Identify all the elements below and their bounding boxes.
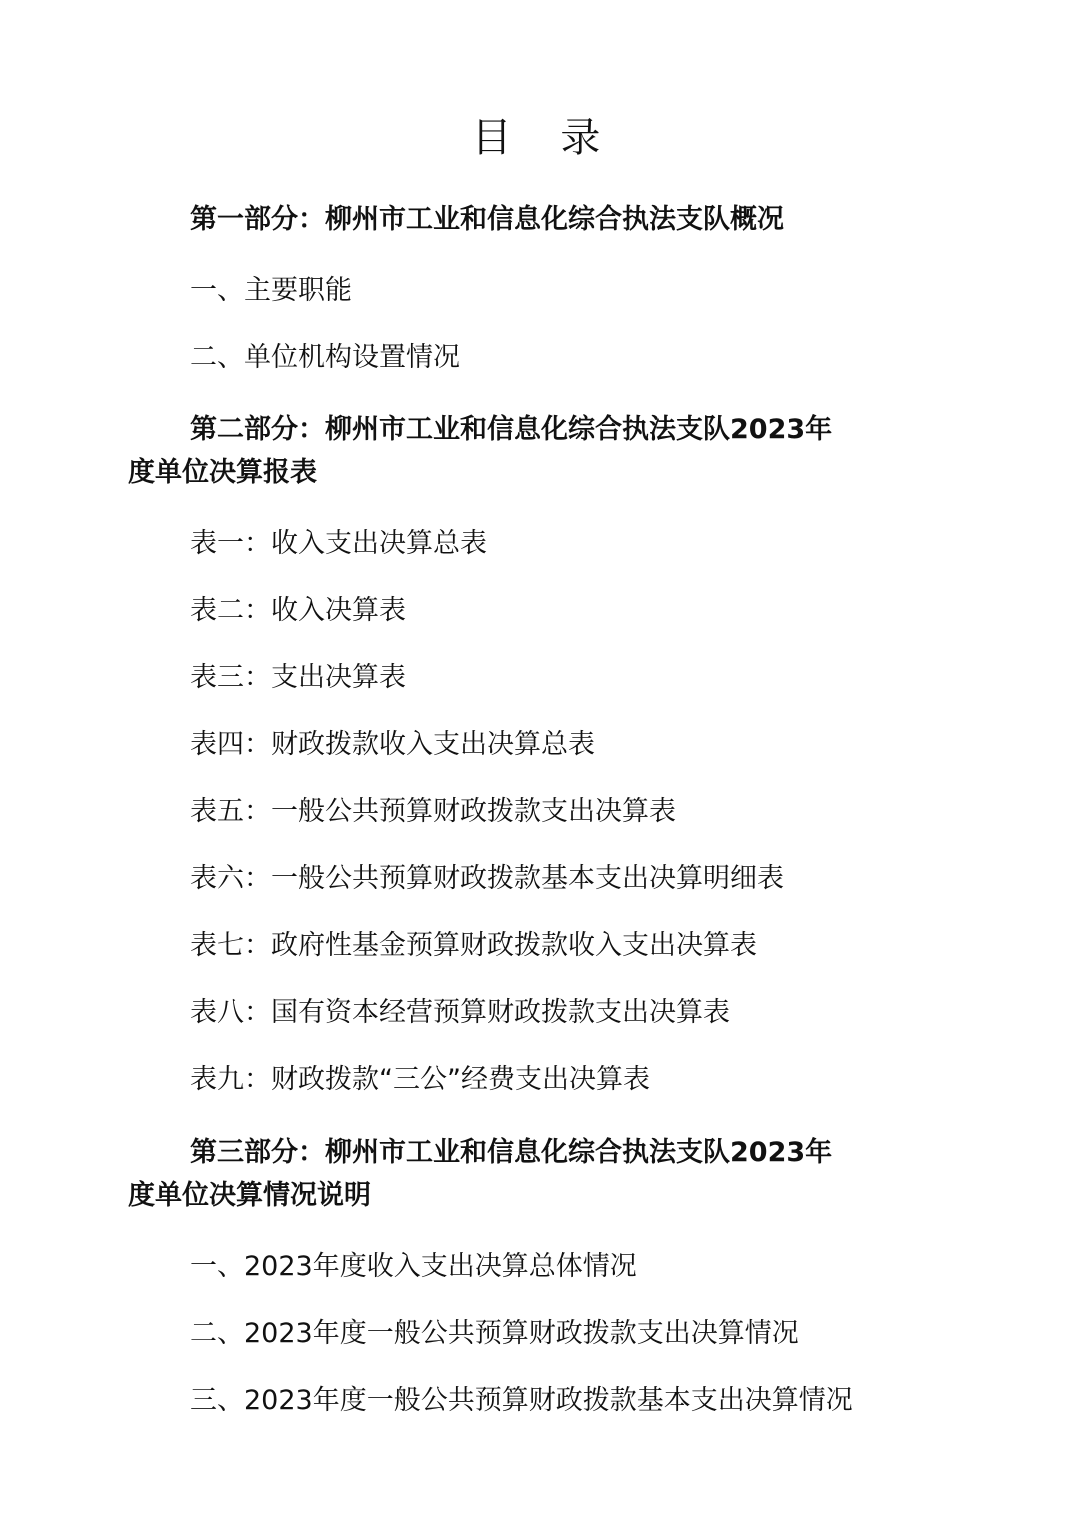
toc-item: 一、2023年度收入支出决算总体情况 [190,1250,637,1284]
part3-heading: 第三部分：柳州市工业和信息化综合执法支队2023年 [190,1136,832,1170]
toc-item: 一、主要职能 [190,274,352,308]
part2-heading: 第二部分：柳州市工业和信息化综合执法支队2023年 [190,413,832,447]
part3-heading-cont: 度单位决算情况说明 [128,1179,371,1213]
toc-item: 表六：一般公共预算财政拨款基本支出决算明细表 [190,862,784,896]
toc-item: 表三：支出决算表 [190,661,406,695]
toc-item: 二、2023年度一般公共预算财政拨款支出决算情况 [190,1317,799,1351]
part2-heading-cont: 度单位决算报表 [128,456,317,490]
page-title: 目 录 [0,106,1074,163]
toc-item: 表五：一般公共预算财政拨款支出决算表 [190,795,676,829]
toc-item: 表四：财政拨款收入支出决算总表 [190,728,595,762]
toc-item: 表一：收入支出决算总表 [190,527,487,561]
toc-item: 表七：政府性基金预算财政拨款收入支出决算表 [190,929,757,963]
toc-item: 表八：国有资本经营预算财政拨款支出决算表 [190,996,730,1030]
toc-item: 二、单位机构设置情况 [190,341,460,375]
part1-heading: 第一部分：柳州市工业和信息化综合执法支队概况 [190,203,784,237]
toc-item: 表二：收入决算表 [190,594,406,628]
toc-item: 三、2023年度一般公共预算财政拨款基本支出决算情况 [190,1384,853,1418]
toc-item: 表九：财政拨款“三公”经费支出决算表 [190,1063,650,1097]
